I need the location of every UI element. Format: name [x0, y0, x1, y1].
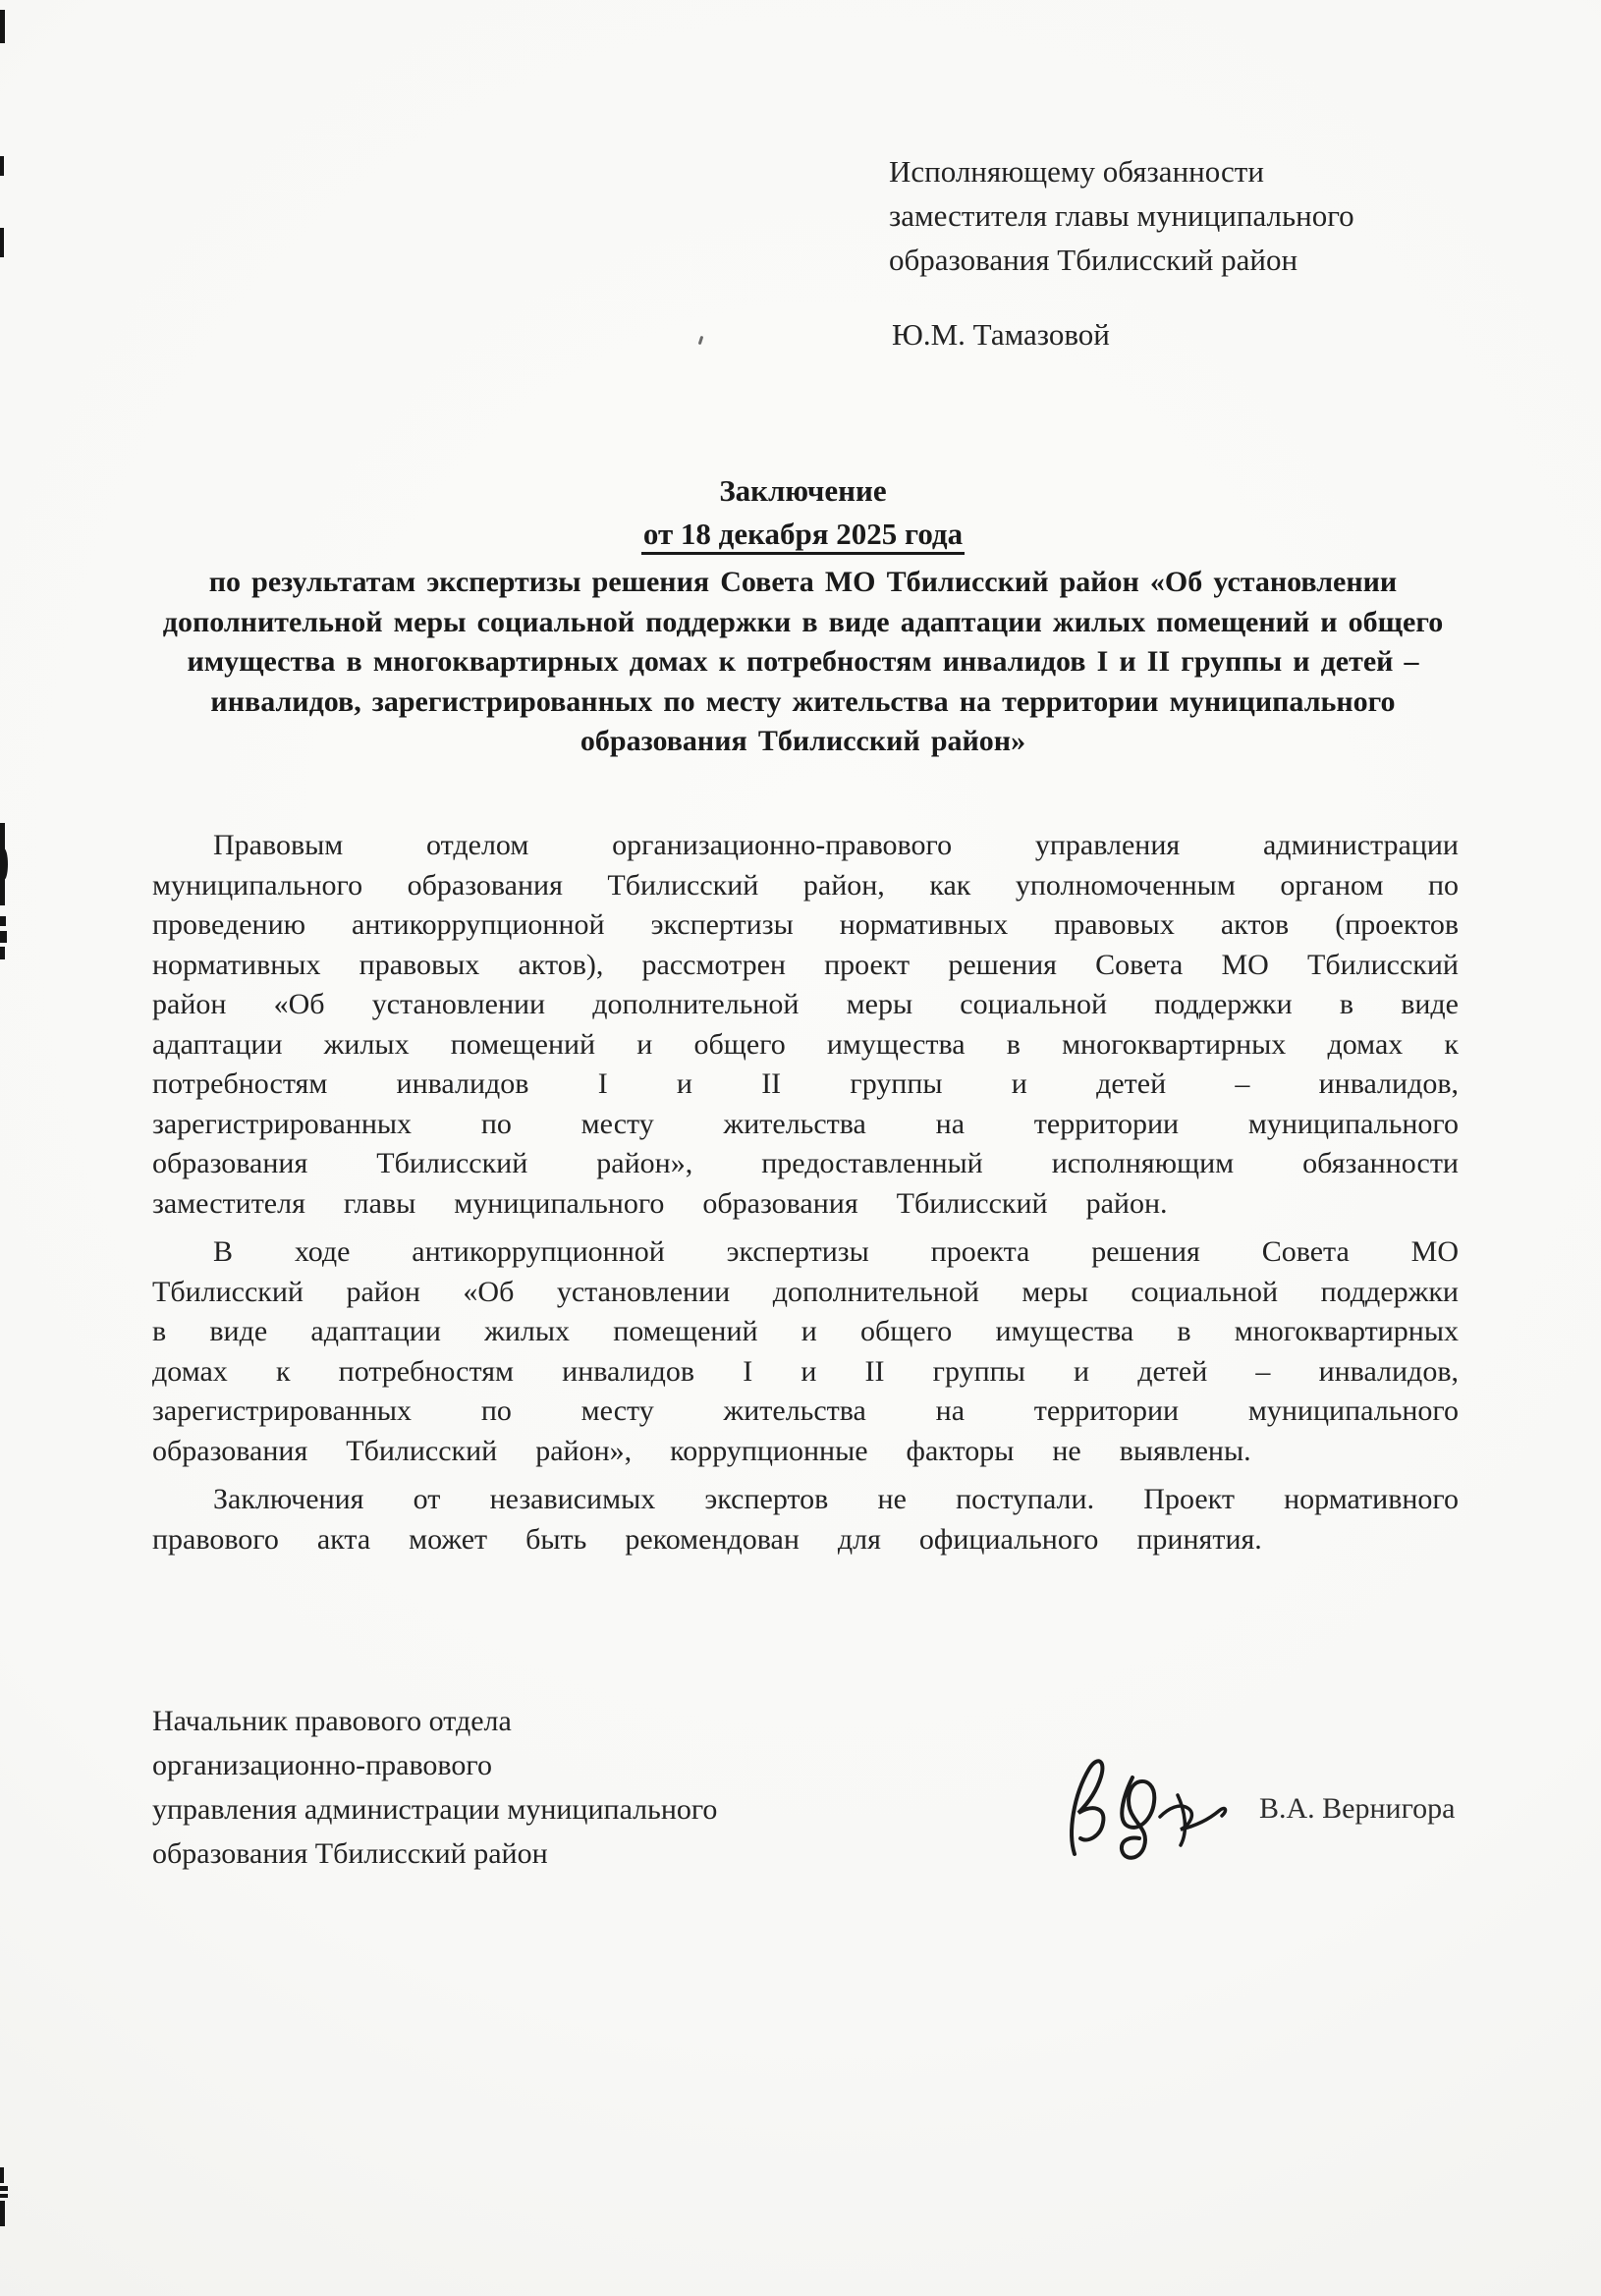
document-date-underlined: от 18 декабря 2025 года [641, 517, 965, 555]
scan-artifact [0, 848, 8, 880]
body-paragraph: В ходе антикоррупционной экспертизы прое… [152, 1232, 1459, 1471]
scan-speck [698, 336, 704, 345]
document-title-block: Заключение от 18 декабря 2025 года по ре… [147, 469, 1459, 762]
handwritten-signature [1059, 1754, 1236, 1864]
body-paragraph: Заключения от независимых экспертов не п… [152, 1480, 1459, 1559]
scan-artifact [0, 10, 5, 43]
signer-position-block: Начальник правового отдела организационн… [152, 1699, 840, 1876]
document-subject: по результатам экспертизы решения Совета… [147, 563, 1459, 762]
document-title: Заключение [147, 469, 1459, 513]
scan-artifact [0, 2194, 8, 2198]
addressee-name: Ю.М. Тамазовой [892, 312, 1110, 356]
document-body: Правовым отделом организационно-правовог… [152, 826, 1459, 1559]
addressee-block: Исполняющему обязанности заместителя гла… [889, 149, 1468, 282]
scan-artifact [0, 916, 6, 926]
scan-artifact [0, 156, 4, 176]
body-paragraph: Правовым отделом организационно-правовог… [152, 826, 1459, 1224]
document-page: Исполняющему обязанности заместителя гла… [0, 0, 1601, 2296]
scan-artifact [0, 2186, 8, 2191]
scan-artifact [0, 931, 7, 943]
scan-artifact [0, 2201, 5, 2226]
scan-artifact [0, 2167, 4, 2183]
scan-artifact [0, 947, 5, 959]
signer-name: В.А. Вернигора [1259, 1789, 1455, 1829]
scan-artifact [0, 228, 4, 257]
document-date: от 18 декабря 2025 года [147, 513, 1459, 556]
